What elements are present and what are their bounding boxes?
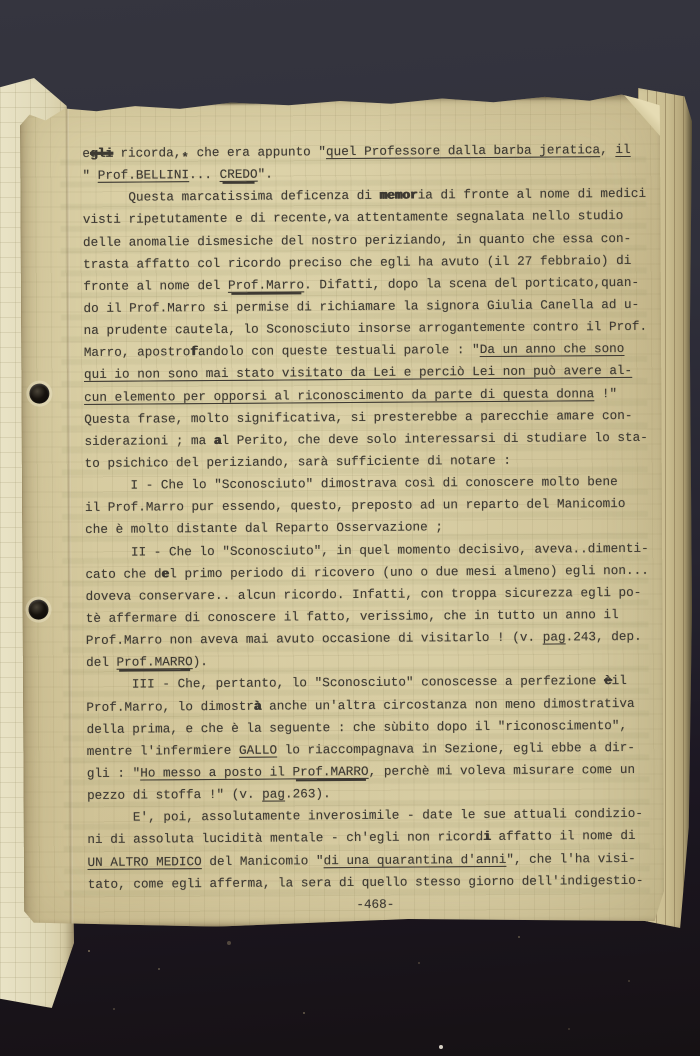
text-line: siderazioni ; ma al Perito, che deve sol… — [84, 427, 659, 453]
typewritten-text: egli ricorda,* che era appunto "quel Pro… — [82, 139, 663, 918]
text-line: il Prof.Marro pur essendo, questo, prepo… — [85, 493, 660, 519]
binder-hole-top-icon — [29, 384, 49, 404]
notebook-page: egli ricorda,* che era appunto "quel Pro… — [20, 94, 664, 927]
page-number: -468- — [88, 892, 663, 918]
binder-hole-bottom-icon — [28, 600, 48, 620]
binding-crease — [66, 97, 73, 927]
text-line: tato, come egli afferma, la sera di quel… — [88, 869, 663, 895]
dust-specks — [88, 950, 90, 952]
text-line: Prof.Marro non aveva mai avuto occasione… — [86, 626, 661, 652]
text-line: egli ricorda,* che era appunto "quel Pro… — [82, 139, 657, 165]
text-line: gli : "Ho messo a posto il Prof.MARRO, p… — [87, 759, 662, 785]
